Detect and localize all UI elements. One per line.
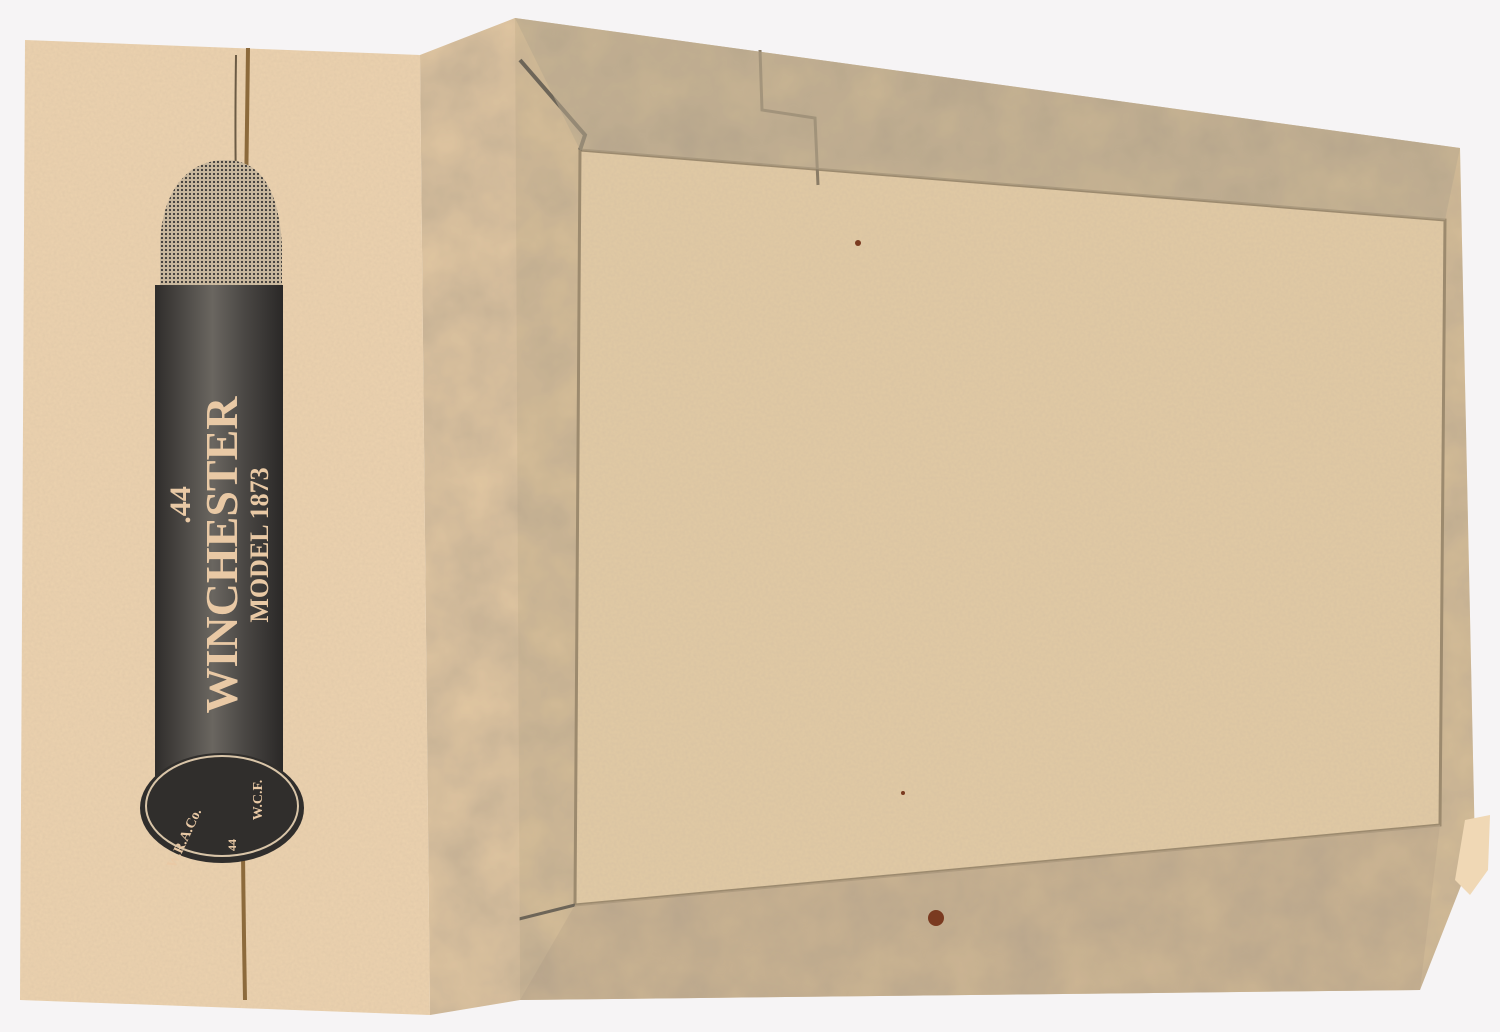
headstamp-bottom: 44 xyxy=(225,839,239,851)
model-text: MODEL 1873 xyxy=(245,467,274,622)
box-spine xyxy=(420,18,520,1015)
rust-spot xyxy=(928,910,944,926)
box-lid xyxy=(470,18,1475,1000)
brand-text: WINCHESTER xyxy=(196,396,247,714)
photo-scene: .44 WINCHESTER MODEL 1873 W.R.A.Co. W.C.… xyxy=(0,0,1500,1032)
cartridge-illustration: .44 WINCHESTER MODEL 1873 W.R.A.Co. W.C.… xyxy=(140,160,304,871)
headstamp-right: W.C.F. xyxy=(251,780,266,821)
caliber-text: .44 xyxy=(164,486,197,524)
